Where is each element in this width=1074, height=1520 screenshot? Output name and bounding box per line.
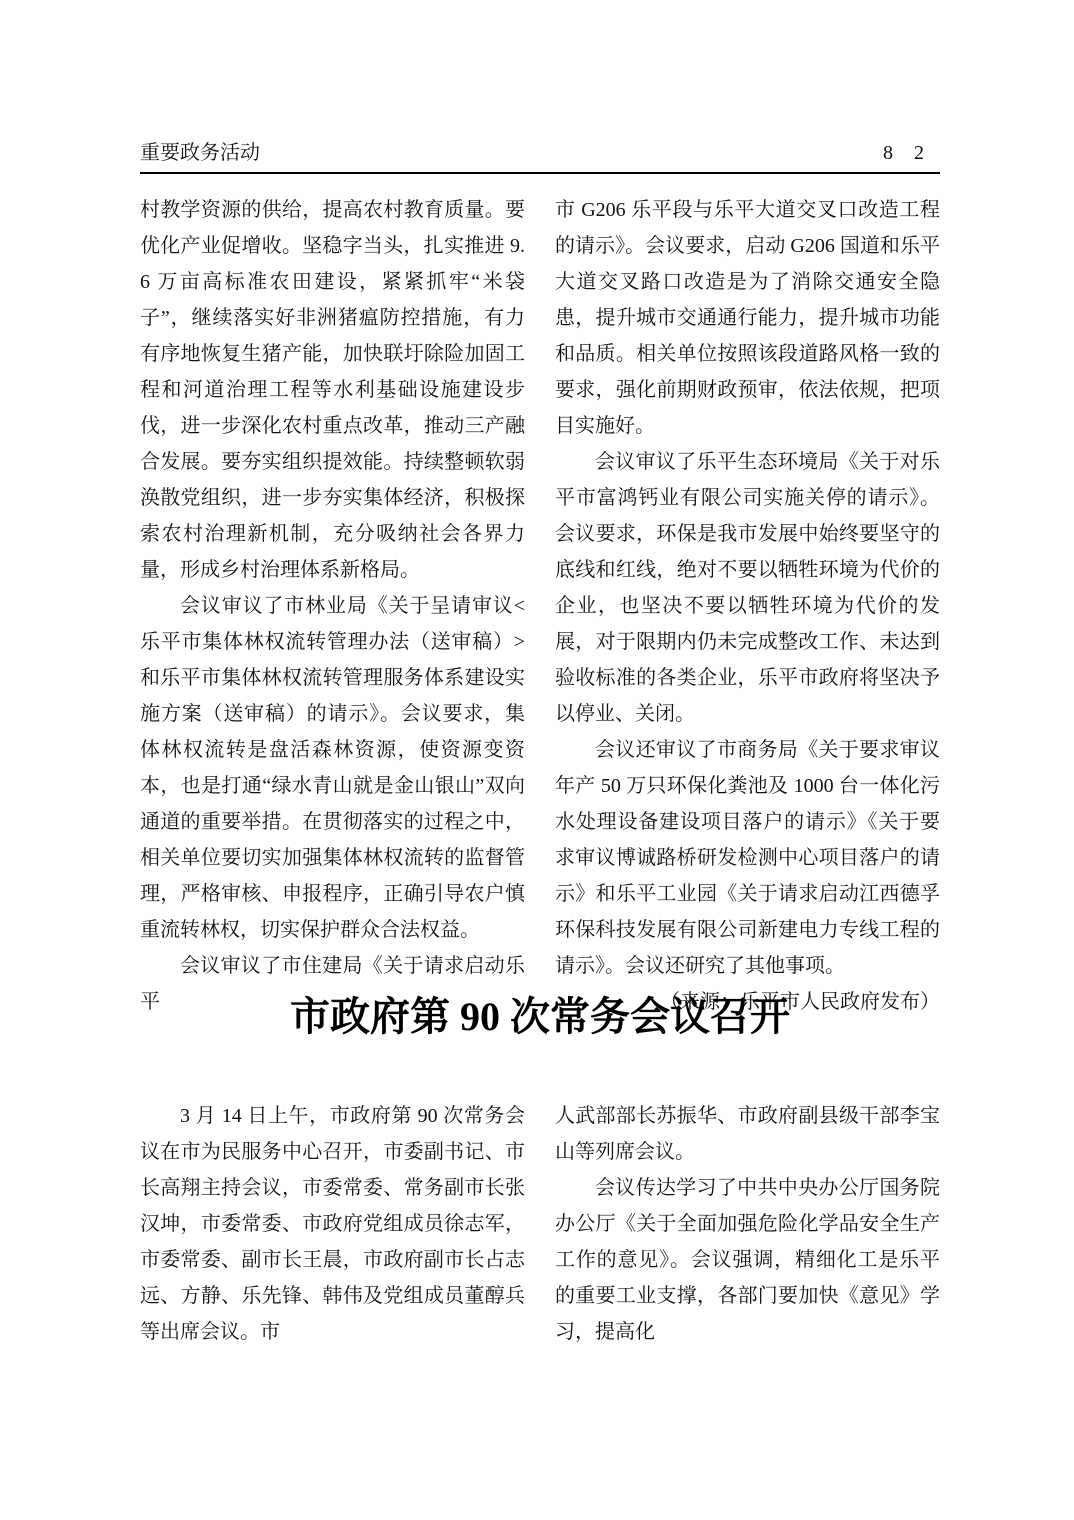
article2-body: 3 月 14 日上午，市政府第 90 次常务会议在市为民服务中心召开，市委副书记…: [140, 1098, 940, 1350]
article1-body: 村教学资源的供给，提高农村教育质量。要优化产业促增收。坚稳字当头，扎实推进 9.…: [140, 192, 940, 1020]
paragraph: 人武部部长苏振华、市政府副县级干部李宝山等列席会议。: [555, 1098, 940, 1170]
paragraph: 会议审议了市林业局《关于呈请审议<乐平市集体林权流转管理办法（送审稿）>和乐平市…: [140, 588, 525, 948]
paragraph: 村教学资源的供给，提高农村教育质量。要优化产业促增收。坚稳字当头，扎实推进 9.…: [140, 192, 525, 588]
article2-left-column: 3 月 14 日上午，市政府第 90 次常务会议在市为民服务中心召开，市委副书记…: [140, 1098, 525, 1350]
article2-right-column: 人武部部长苏振华、市政府副县级干部李宝山等列席会议。会议传达学习了中共中央办公厅…: [555, 1098, 940, 1350]
paragraph: 会议传达学习了中共中央办公厅国务院办公厅《关于全面加强危险化学品安全生产工作的意…: [555, 1170, 940, 1350]
document-page: 重要政务活动 8 2 村教学资源的供给，提高农村教育质量。要优化产业促增收。坚稳…: [0, 0, 1074, 1520]
running-head: 重要政务活动: [140, 140, 260, 166]
header-rule: [140, 172, 940, 174]
article1-left-column: 村教学资源的供给，提高农村教育质量。要优化产业促增收。坚稳字当头，扎实推进 9.…: [140, 192, 525, 1020]
page-header: 重要政务活动 8 2: [140, 140, 940, 166]
article2-title: 市政府第 90 次常务会议召开: [140, 992, 940, 1042]
page-number: 8 2: [883, 140, 932, 166]
paragraph: 3 月 14 日上午，市政府第 90 次常务会议在市为民服务中心召开，市委副书记…: [140, 1098, 525, 1350]
paragraph: 会议还审议了市商务局《关于要求审议年产 50 万只环保化粪池及 1000 台一体…: [555, 732, 940, 984]
article1-right-column: 市 G206 乐平段与乐平大道交叉口改造工程的请示》。会议要求，启动 G206 …: [555, 192, 940, 1020]
paragraph: 会议审议了乐平生态环境局《关于对乐平市富鸿钙业有限公司实施关停的请示》。会议要求…: [555, 444, 940, 732]
paragraph: 市 G206 乐平段与乐平大道交叉口改造工程的请示》。会议要求，启动 G206 …: [555, 192, 940, 444]
